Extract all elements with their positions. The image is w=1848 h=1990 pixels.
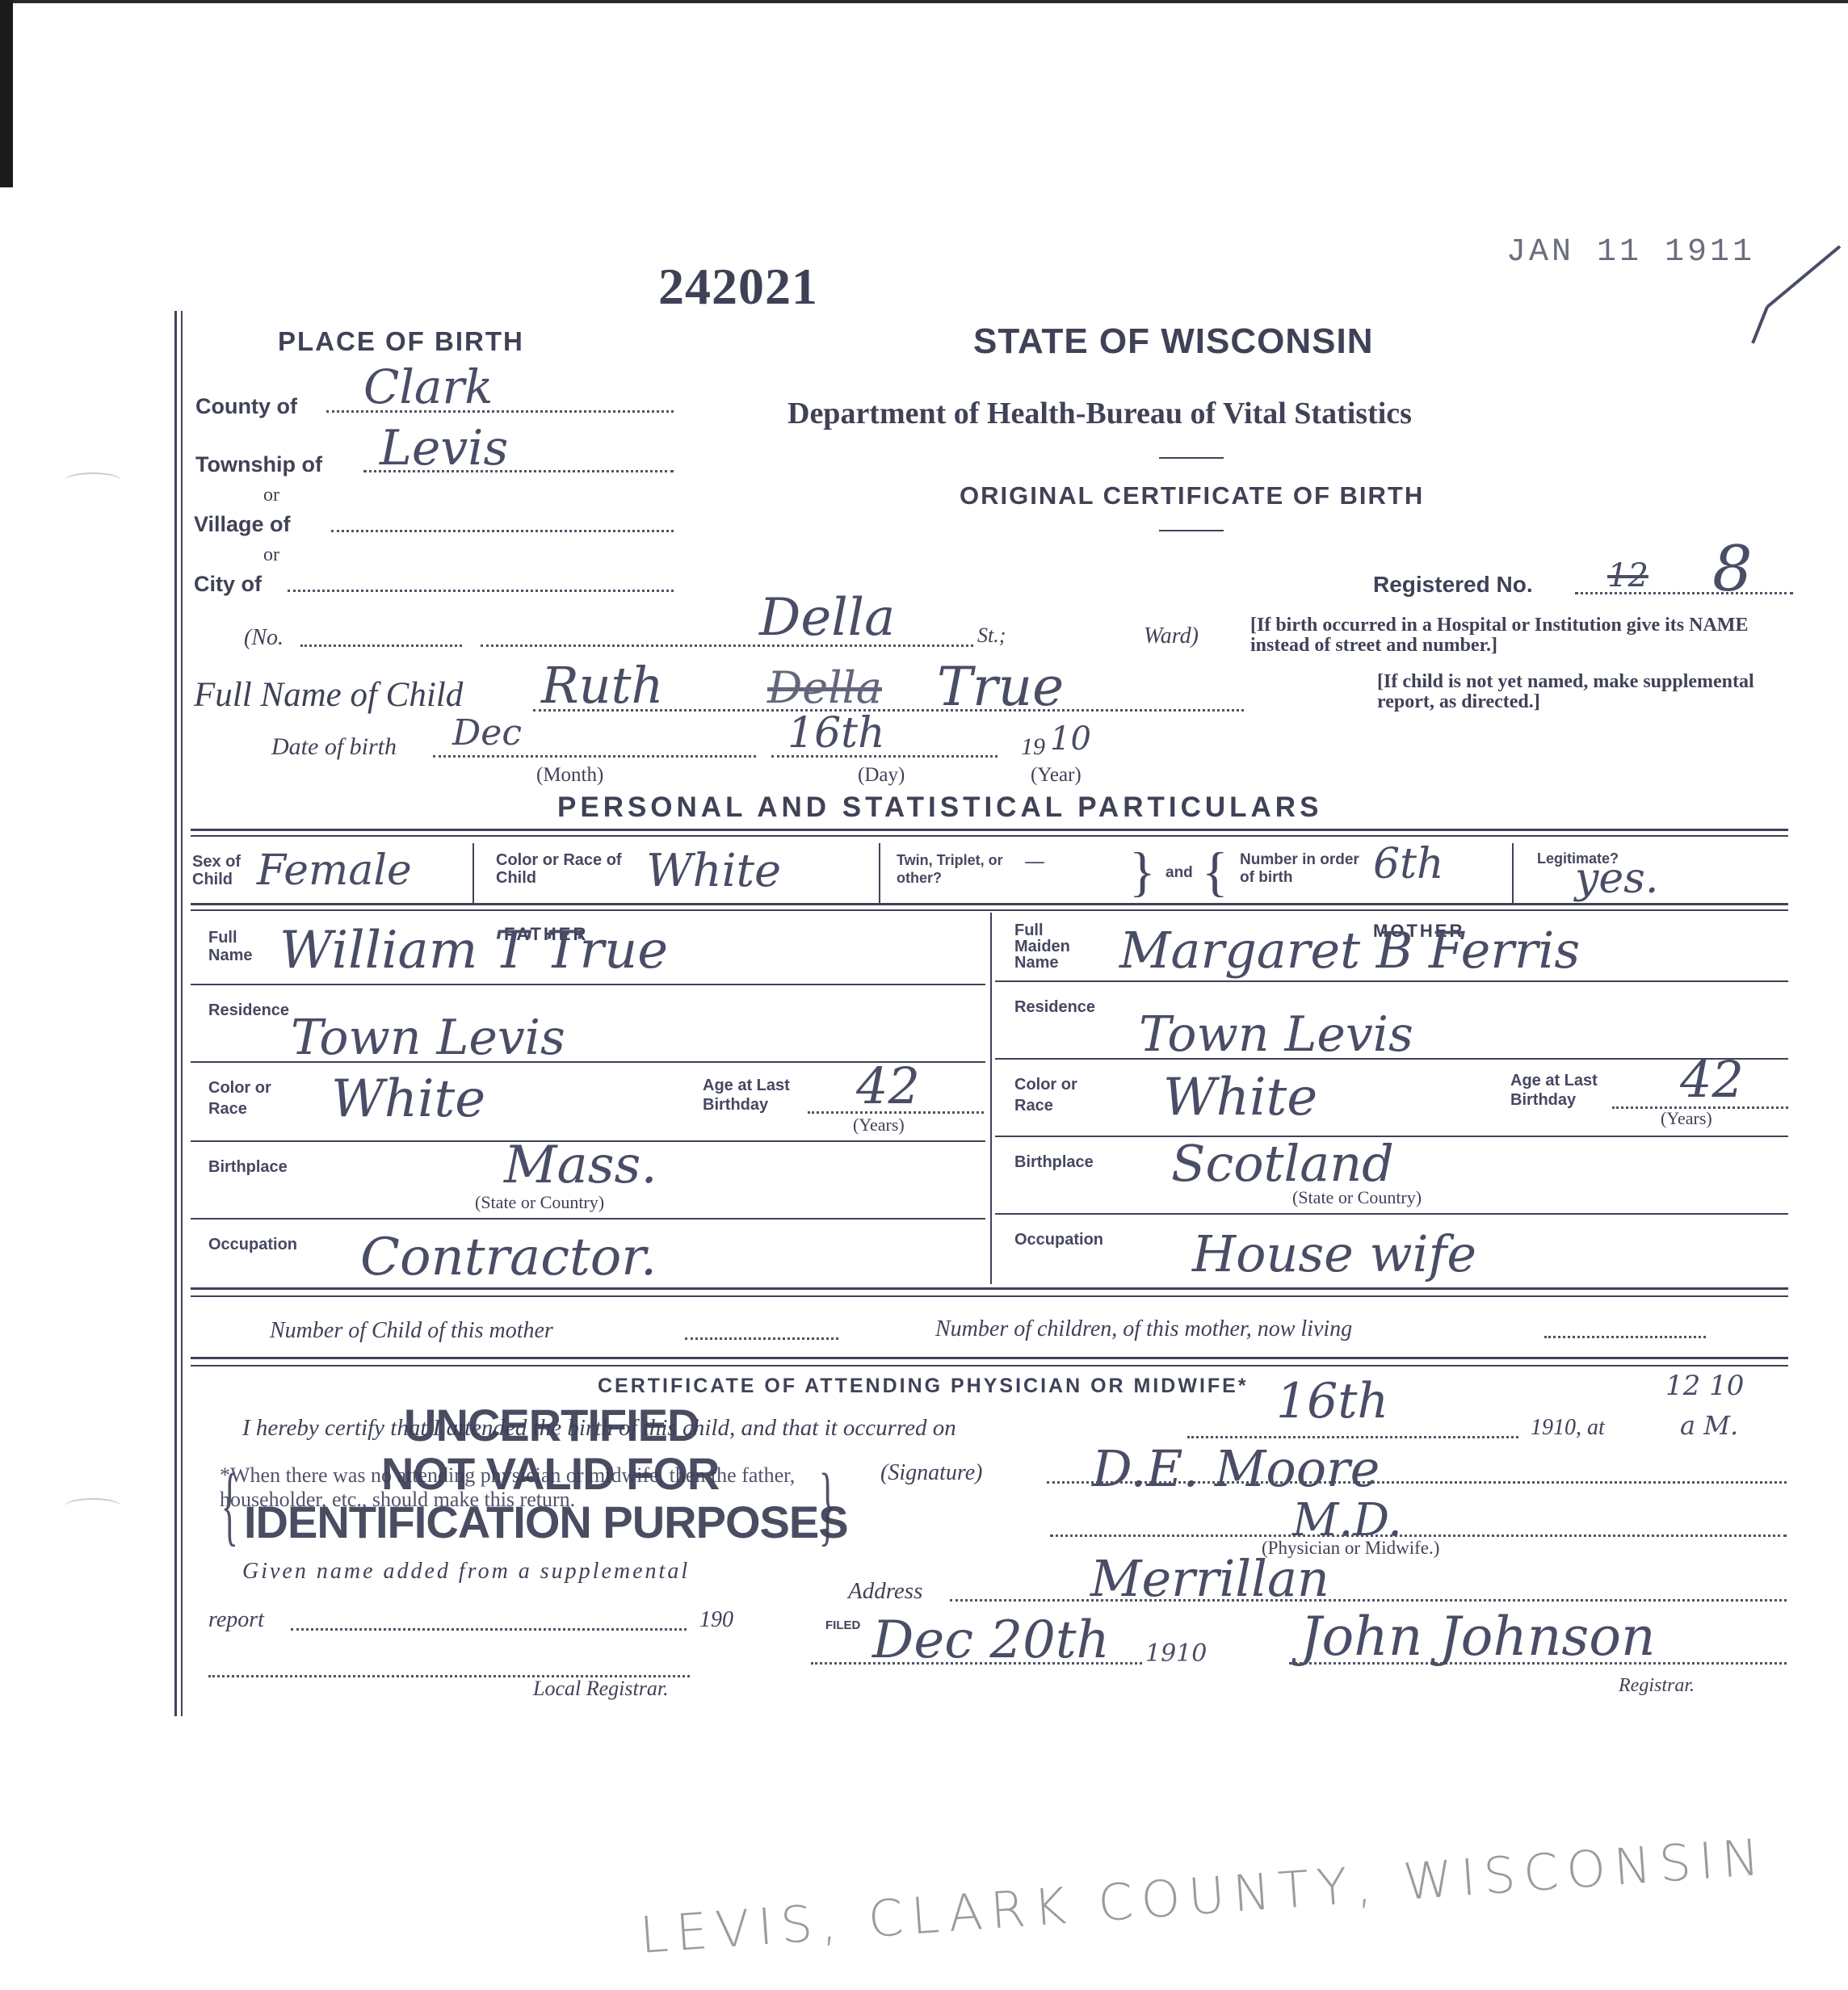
footnote-brace-left: {: [221, 1460, 238, 1549]
serial-number: 242021: [658, 257, 818, 317]
number-child-field[interactable]: [685, 1337, 838, 1340]
race-of-child-label: Color or Race of Child: [496, 851, 657, 887]
mother-race-label: Color or Race: [1014, 1074, 1103, 1116]
brace-left: {: [1202, 840, 1228, 904]
child-surname: True: [937, 656, 1064, 718]
occurred-on-field[interactable]: [1187, 1436, 1518, 1438]
county-value: Clark: [363, 359, 493, 414]
column-divider: [879, 843, 880, 903]
township-value: Levis: [380, 420, 508, 477]
received-date-stamp: JAN 11 1911: [1506, 234, 1755, 271]
father-age-label: Age at Last Birthday: [703, 1076, 840, 1115]
city-field[interactable]: [288, 590, 674, 592]
street-no-field[interactable]: [300, 644, 462, 647]
father-name-label: Full Name: [208, 929, 273, 964]
dob-year-prefix: 19: [1021, 733, 1045, 761]
mother-age-value: 42: [1680, 1050, 1744, 1109]
mother-occupation-value: House wife: [1192, 1224, 1476, 1283]
scan-top-shadow: [13, 0, 1848, 3]
registrar-signature: John Johnson: [1300, 1606, 1656, 1668]
twin-value: —: [1024, 850, 1045, 874]
row-rule: [995, 1058, 1788, 1060]
state-title: STATE OF WISCONSIN: [973, 321, 1373, 362]
township-label: Township of: [195, 452, 322, 477]
father-birthplace-caption: (State or Country): [475, 1192, 604, 1213]
check-mark-icon: [1745, 242, 1842, 355]
father-occupation-value: Contractor.: [360, 1228, 657, 1287]
occurred-year-text: 1910, at: [1531, 1415, 1605, 1441]
place-of-birth-heading: PLACE OF BIRTH: [278, 326, 524, 357]
registered-no-label: Registered No.: [1373, 572, 1533, 598]
address-label: Address: [848, 1578, 922, 1605]
birth-order-value: 6th: [1373, 840, 1443, 888]
signature-label: (Signature): [880, 1460, 983, 1486]
filed-date-value: Dec 20th: [872, 1610, 1110, 1670]
legitimate-value: yes.: [1575, 854, 1658, 903]
street-no-label: (No.: [244, 625, 283, 651]
physician-title-field[interactable]: [1050, 1534, 1787, 1537]
form-left-border: [174, 311, 177, 1716]
department-title: Department of Health-Bureau of Vital Sta…: [787, 396, 1412, 431]
uncertified-stamp-line1: UNCERTIFIED: [404, 1399, 699, 1451]
column-divider: [472, 843, 474, 903]
local-registrar-caption: Local Registrar.: [533, 1677, 669, 1701]
particulars-bottom-rule-2: [191, 909, 1788, 911]
form-left-border-inner: [181, 311, 183, 1716]
mother-race-value: White: [1163, 1068, 1317, 1127]
particulars-top-rule-2: [191, 835, 1788, 837]
dob-year-value: 10: [1050, 720, 1091, 758]
certify-statement: I hereby certify that I attended the bir…: [242, 1415, 1179, 1442]
village-field[interactable]: [331, 530, 674, 532]
race-of-child-value: White: [646, 845, 781, 897]
row-rule: [995, 980, 1788, 982]
birth-time-value: 12 10: [1665, 1370, 1744, 1402]
dob-month-field[interactable]: [433, 755, 756, 758]
address-value: Merrillan: [1090, 1549, 1329, 1608]
scan-edge-shadow: [0, 0, 13, 187]
report-date-field[interactable]: [291, 1628, 687, 1631]
row-rule: [191, 1218, 985, 1220]
header-divider: [1159, 457, 1224, 459]
father-birthplace-label: Birthplace: [208, 1157, 288, 1178]
physician-top-rule: [191, 1357, 1788, 1359]
street-name-field[interactable]: [481, 644, 973, 647]
father-residence-value: Town Levis: [291, 1010, 565, 1066]
unnamed-child-note: [If child is not yet named, make supplem…: [1377, 672, 1805, 712]
hospital-note: [If birth occurred in a Hospital or Inst…: [1250, 615, 1800, 656]
children-living-label: Number of children, of this mother, now …: [935, 1316, 1352, 1342]
birth-time-suffix: a M.: [1680, 1410, 1738, 1441]
dob-month-value: Dec: [452, 712, 522, 754]
mother-age-label: Age at Last Birthday: [1510, 1071, 1648, 1110]
particulars-top-rule: [191, 829, 1788, 831]
filed-year-value: 1910: [1145, 1639, 1207, 1668]
father-occupation-label: Occupation: [208, 1234, 297, 1255]
occurred-on-value: 16th: [1276, 1373, 1388, 1430]
row-rule: [191, 984, 985, 985]
father-residence-label: Residence: [208, 1000, 289, 1021]
row-rule: [995, 1213, 1788, 1215]
physician-heading: CERTIFICATE OF ATTENDING PHYSICIAN OR MI…: [598, 1375, 1249, 1398]
child-given-name: Ruth: [541, 656, 663, 715]
mother-birthplace-caption: (State or Country): [1292, 1187, 1422, 1208]
father-age-value: 42: [856, 1056, 920, 1115]
mother-name-value: Margaret B Ferris: [1119, 921, 1580, 980]
filed-label: FILED: [825, 1618, 860, 1632]
dob-label: Date of birth: [271, 733, 397, 761]
registered-no-value: 8: [1712, 533, 1753, 606]
father-race-label: Color or Race: [208, 1077, 297, 1119]
year-caption: (Year): [1031, 764, 1081, 787]
child-name-label: Full Name of Child: [194, 675, 463, 715]
city-label: City of: [194, 572, 262, 597]
pencil-location-note: LEVIS, CLARK COUNTY, WISCONSIN: [638, 1827, 1769, 1964]
mother-birthplace-label: Birthplace: [1014, 1152, 1094, 1173]
address-field[interactable]: [950, 1599, 1787, 1602]
or-label: or: [263, 485, 279, 506]
or-label: or: [263, 544, 279, 566]
father-birthplace-value: Mass.: [504, 1136, 657, 1195]
month-caption: (Month): [536, 764, 603, 787]
ward-label: Ward): [1144, 623, 1199, 649]
mother-residence-value: Town Levis: [1139, 1006, 1413, 1063]
twin-label: Twin, Triplet, or other?: [897, 851, 1026, 887]
father-race-value: White: [331, 1069, 485, 1129]
registrar-caption: Registrar.: [1619, 1675, 1695, 1697]
certificate-type: ORIGINAL CERTIFICATE OF BIRTH: [960, 481, 1424, 510]
physician-signature: D.E. Moore: [1092, 1439, 1380, 1498]
father-name-value: William T True: [279, 921, 668, 980]
parents-bottom-rule: [191, 1287, 1788, 1290]
village-label: Village of: [194, 512, 291, 537]
particulars-heading: PERSONAL AND STATISTICAL PARTICULARS: [557, 791, 1322, 824]
particulars-bottom-rule: [191, 903, 1788, 905]
mother-name-label: Full Maiden Name: [1014, 922, 1079, 971]
child-middle-name-struck: Della: [767, 662, 882, 713]
birth-order-label: Number in order of birth: [1240, 851, 1377, 887]
header-divider: [1159, 530, 1224, 531]
sex-value: Female: [257, 846, 412, 895]
punch-hole-mark: [65, 472, 121, 489]
sex-label: Sex of Child: [192, 853, 265, 888]
brace-right: }: [1129, 840, 1156, 904]
uncertified-stamp-line3: IDENTIFICATION PURPOSES: [244, 1496, 848, 1548]
number-child-label: Number of Child of this mother: [270, 1318, 553, 1344]
parents-bottom-rule-2: [191, 1295, 1788, 1297]
report-year: 190: [699, 1607, 733, 1633]
mother-age-caption: (Years): [1661, 1108, 1712, 1129]
county-label: County of: [195, 394, 297, 419]
mother-residence-label: Residence: [1014, 997, 1095, 1018]
column-divider: [1512, 843, 1514, 903]
given-name-text: Given name added from a supplemental: [242, 1559, 690, 1585]
uncertified-stamp-line2: NOT VALID FOR: [381, 1447, 719, 1500]
street-st-label: St.;: [977, 623, 1006, 648]
physician-top-rule-2: [191, 1365, 1788, 1367]
mother-birthplace-value: Scotland: [1171, 1134, 1394, 1193]
punch-hole-mark: [65, 1498, 121, 1514]
children-living-field[interactable]: [1544, 1336, 1706, 1338]
registered-no-struck: 12: [1607, 557, 1648, 594]
parents-divider: [990, 913, 992, 1284]
father-age-caption: (Years): [853, 1115, 905, 1136]
child-middle-name-inserted: Della: [759, 588, 895, 648]
and-label: and: [1165, 863, 1193, 884]
dob-day-value: 16th: [787, 709, 885, 758]
report-label: report: [208, 1607, 264, 1633]
mother-occupation-label: Occupation: [1014, 1229, 1103, 1250]
day-caption: (Day): [858, 764, 905, 787]
